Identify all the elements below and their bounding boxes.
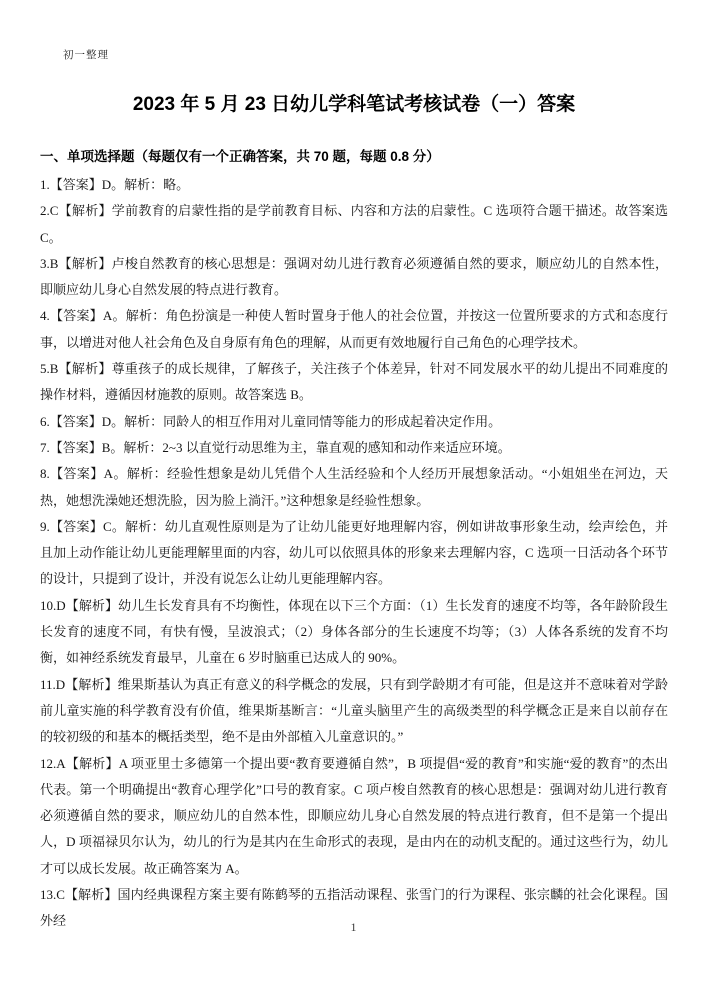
answer-item-10: 10.D【解析】幼儿生长发育具有不均衡性，体现在以下三个方面：（1）生长发育的速… <box>40 593 668 672</box>
answer-item-4: 4.【答案】A。解析：角色扮演是一种使人暂时置身于他人的社会位置，并按这一位置所… <box>40 303 668 356</box>
answer-item-12: 12.A【解析】A 项亚里士多德第一个提出要“教育要遵循自然”，B 项提倡“爱的… <box>40 751 668 882</box>
answer-item-11: 11.D【解析】维果斯基认为真正有意义的科学概念的发展，只有到学龄期才有可能，但… <box>40 672 668 751</box>
answer-item-1: 1.【答案】D。解析：略。 <box>40 172 668 198</box>
answer-item-3: 3.B【解析】卢梭自然教育的核心思想是：强调对幼儿进行教育必须遵循自然的要求，顺… <box>40 251 668 304</box>
page-title: 2023 年 5 月 23 日幼儿学科笔试考核试卷（一）答案 <box>40 89 668 116</box>
document-page: 初一整理 2023 年 5 月 23 日幼儿学科笔试考核试卷（一）答案 一、单项… <box>0 0 707 999</box>
answer-item-6: 6.【答案】D。解析：同龄人的相互作用对儿童同情等能力的形成起着决定作用。 <box>40 409 668 435</box>
answers-list: 1.【答案】D。解析：略。 2.C【解析】学前教育的启蒙性指的是学前教育目标、内… <box>40 172 668 935</box>
header-note: 初一整理 <box>63 47 668 62</box>
answer-item-5: 5.B【解析】尊重孩子的成长规律，了解孩子，关注孩子个体差异，针对不同发展水平的… <box>40 356 668 409</box>
answer-item-8: 8.【答案】A。解析：经验性想象是幼儿凭借个人生活经验和个人经历开展想象活动。“… <box>40 461 668 514</box>
answer-item-2: 2.C【解析】学前教育的启蒙性指的是学前教育目标、内容和方法的启蒙性。C 选项符… <box>40 198 668 251</box>
answer-item-9: 9.【答案】C。解析：幼儿直观性原则是为了让幼儿能更好地理解内容，例如讲故事形象… <box>40 514 668 593</box>
section-heading: 一、单项选择题（每题仅有一个正确答案，共 70 题，每题 0.8 分） <box>40 145 668 165</box>
page-number: 1 <box>0 920 707 935</box>
answer-item-7: 7.【答案】B。解析：2~3 以直觉行动思维为主，靠直观的感知和动作来适应环境。 <box>40 435 668 461</box>
